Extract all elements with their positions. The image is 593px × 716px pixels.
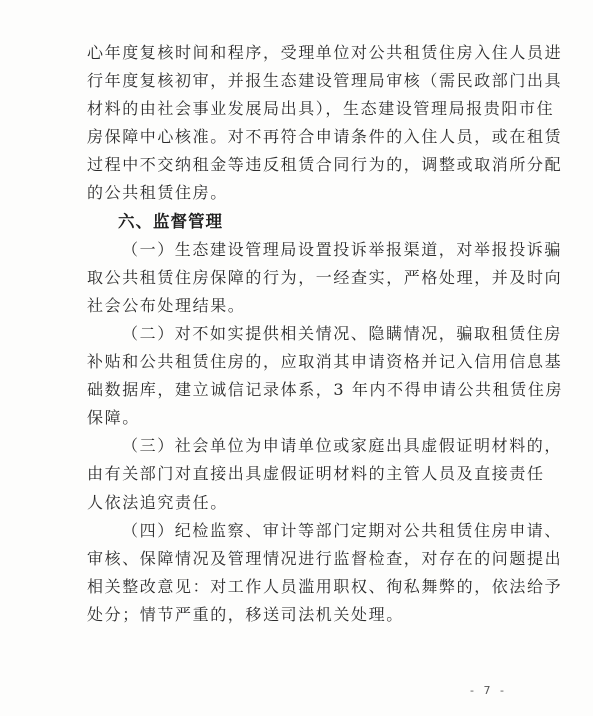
paragraph-item-2: （二）对不如实提供相关情况、隐瞒情况，骗取租赁住房 补贴和公共租赁住房的，应取消… bbox=[87, 320, 513, 432]
text-line: 处分；情节严重的，移送司法机关处理。 bbox=[87, 601, 513, 629]
text-line: （三）社会单位为申请单位或家庭出具虚假证明材料的， bbox=[87, 432, 513, 460]
paragraph-item-3: （三）社会单位为申请单位或家庭出具虚假证明材料的， 由有关部门对直接出具虚假证明… bbox=[87, 432, 513, 516]
text-line: （二）对不如实提供相关情况、隐瞒情况，骗取租赁住房 bbox=[87, 320, 513, 348]
text-line: 础数据库，建立诚信记录体系，3 年内不得申请公共租赁住房 bbox=[87, 376, 513, 404]
text-line: 由有关部门对直接出具虚假证明材料的主管人员及直接责任 bbox=[87, 460, 513, 488]
section-heading: 六、监督管理 bbox=[87, 208, 513, 236]
text-line: 人依法追究责任。 bbox=[87, 489, 513, 517]
text-line: 行年度复核初审，并报生态建设管理局审核（需民政部门出具 bbox=[87, 67, 513, 95]
text-line: （四）纪检监察、审计等部门定期对公共租赁住房申请、 bbox=[87, 517, 513, 545]
text-line: 补贴和公共租赁住房的，应取消其申请资格并记入信用信息基 bbox=[87, 348, 513, 376]
text-line: 审核、保障情况及管理情况进行监督检查，对存在的问题提出 bbox=[87, 545, 513, 573]
text-line: （一）生态建设管理局设置投诉举报渠道，对举报投诉骗 bbox=[87, 236, 513, 264]
text-line: 心年度复核时间和程序，受理单位对公共租赁住房入住人员进 bbox=[87, 39, 513, 67]
text-line: 相关整改意见：对工作人员滥用职权、徇私舞弊的，依法给予 bbox=[87, 573, 513, 601]
continuation-paragraph: 心年度复核时间和程序，受理单位对公共租赁住房入住人员进 行年度复核初审，并报生态… bbox=[87, 39, 513, 208]
text-line: 保障。 bbox=[87, 404, 513, 432]
document-body: 心年度复核时间和程序，受理单位对公共租赁住房入住人员进 行年度复核初审，并报生态… bbox=[87, 39, 513, 629]
paragraph-item-1: （一）生态建设管理局设置投诉举报渠道，对举报投诉骗 取公共租赁住房保障的行为，一… bbox=[87, 236, 513, 320]
text-line: 材料的由社会事业发展局出具），生态建设管理局报贵阳市住 bbox=[87, 95, 513, 123]
paragraph-item-4: （四）纪检监察、审计等部门定期对公共租赁住房申请、 审核、保障情况及管理情况进行… bbox=[87, 517, 513, 629]
text-line: 取公共租赁住房保障的行为，一经查实，严格处理，并及时向 bbox=[87, 264, 513, 292]
text-line: 的公共租赁住房。 bbox=[87, 179, 513, 207]
text-line: 过程中不交纳租金等违反租赁合同行为的，调整或取消所分配 bbox=[87, 151, 513, 179]
text-line: 社会公布处理结果。 bbox=[87, 292, 513, 320]
document-page: 心年度复核时间和程序，受理单位对公共租赁住房入住人员进 行年度复核初审，并报生态… bbox=[0, 0, 593, 716]
text-line: 房保障中心核准。对不再符合申请条件的入住人员，或在租赁 bbox=[87, 123, 513, 151]
page-number: - 7 - bbox=[470, 684, 507, 697]
